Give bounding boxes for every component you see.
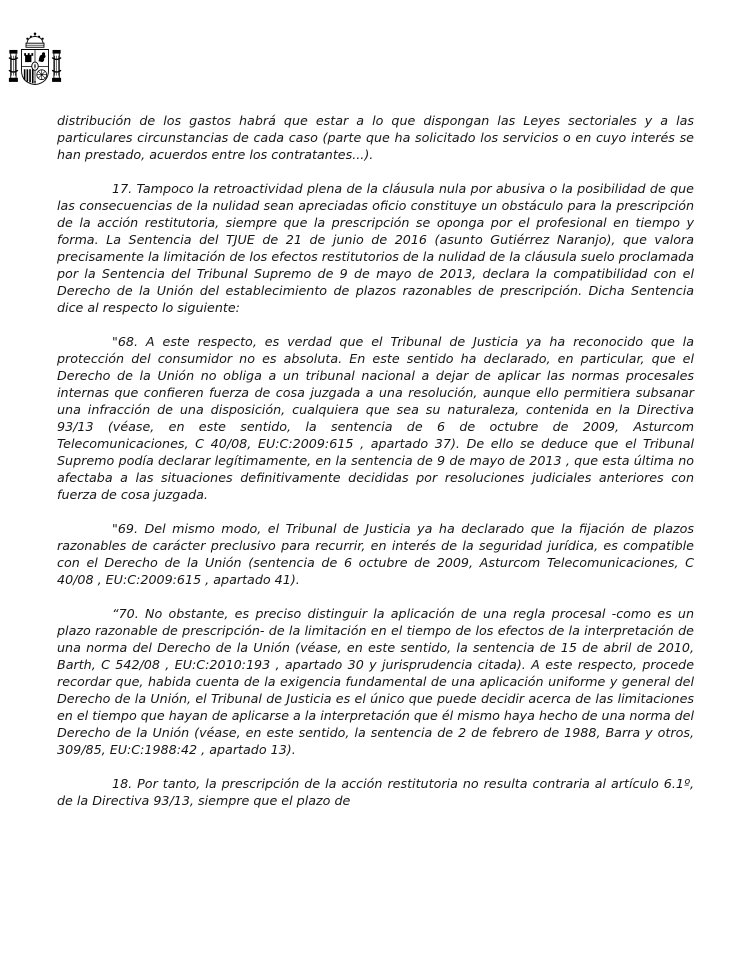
document-page: distribución de los gastos habrá que est… (0, 0, 750, 976)
document-body: distribución de los gastos habrá que est… (57, 112, 694, 826)
paragraph-quote-70: “70. No obstante, es preciso distinguir … (57, 605, 694, 758)
coat-of-arms-icon (8, 28, 62, 98)
spain-coat-of-arms-logo (8, 28, 62, 98)
paragraph-quote-69: "69. Del mismo modo, el Tribunal de Just… (57, 520, 694, 588)
paragraph-17: 17. Tampoco la retroactividad plena de l… (57, 180, 694, 316)
paragraph-18: 18. Por tanto, la prescripción de la acc… (57, 775, 694, 809)
paragraph-continuation: distribución de los gastos habrá que est… (57, 112, 694, 163)
paragraph-quote-68: "68. A este respecto, es verdad que el T… (57, 333, 694, 503)
